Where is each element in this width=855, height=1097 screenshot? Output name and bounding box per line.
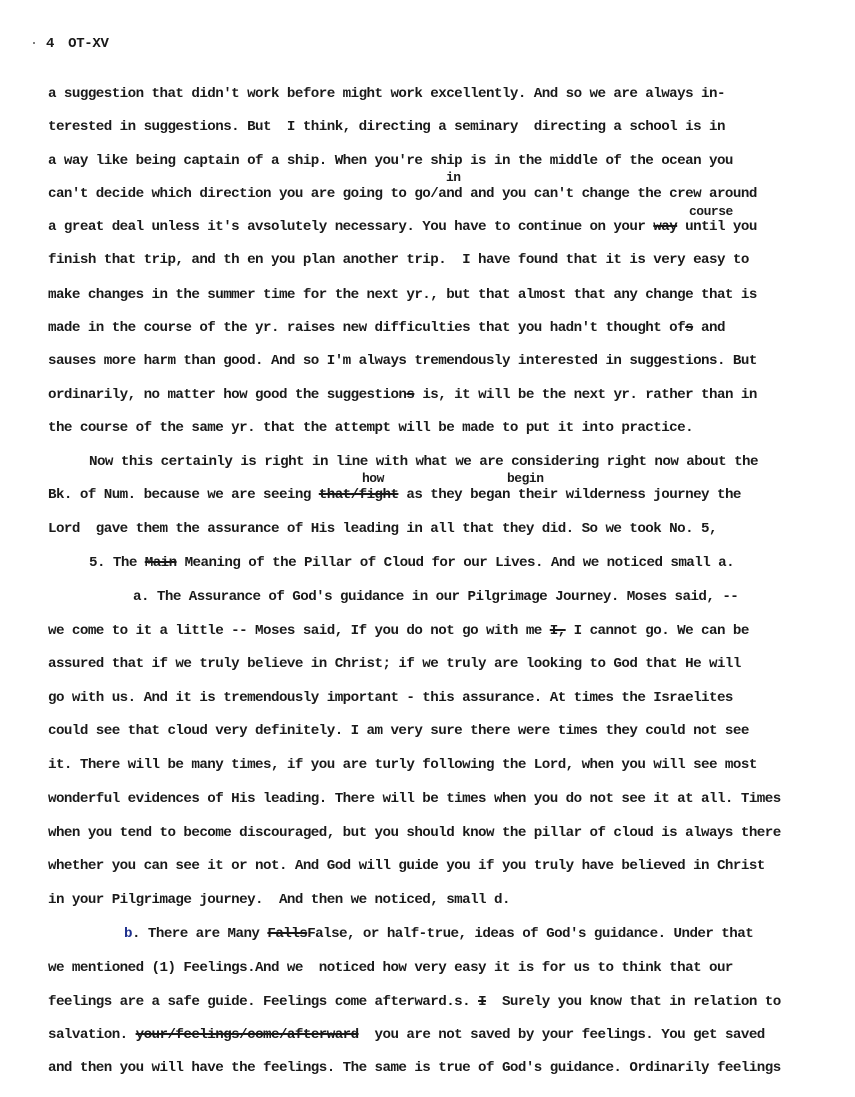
struck-char: s (685, 320, 693, 336)
text-line: it. There will be many times, if you are… (48, 757, 757, 773)
text-line: ordinarily, no matter how good the sugge… (48, 387, 757, 403)
text-line: the course of the same yr. that the atte… (48, 420, 693, 436)
text-line: a great deal unless it's avsolutely nece… (48, 219, 757, 235)
struck-word: I, (550, 623, 566, 639)
text-line: finish that trip, and th en you plan ano… (48, 252, 749, 268)
text-line: Now this certainly is right in line with… (89, 454, 758, 470)
text-line: we come to it a little -- Moses said, If… (48, 623, 749, 639)
text-line: whether you can see it or not. And God w… (48, 858, 765, 874)
text-line: can't decide which direction you are goi… (48, 186, 757, 202)
text-line: Bk. of Num. because we are seeing that/f… (48, 487, 741, 503)
text-line: in your Pilgrimage journey. And then we … (48, 892, 510, 908)
subsection-heading: a. The Assurance of God's guidance in ou… (133, 589, 738, 605)
text-line: Lord gave them the assurance of His lead… (48, 521, 717, 537)
page-number: 4 (46, 36, 54, 52)
text-line: we mentioned (1) Feelings.And we noticed… (48, 960, 733, 976)
handwritten-correction: b (124, 926, 132, 942)
text-line: assured that if we truly believe in Chri… (48, 656, 741, 672)
text-line: sauses more harm than good. And so I'm a… (48, 353, 757, 369)
text-line: a suggestion that didn't work before mig… (48, 86, 725, 102)
text-line: could see that cloud very definitely. I … (48, 723, 749, 739)
struck-char: I (478, 994, 486, 1010)
text-line: feelings are a safe guide. Feelings come… (48, 994, 781, 1010)
section-heading: 5. The Main Meaning of the Pillar of Clo… (89, 555, 734, 571)
text-line: made in the course of the yr. raises new… (48, 320, 725, 336)
typewritten-page: 4OT-XV a suggestion that didn't work bef… (0, 0, 855, 1097)
text-line: terested in suggestions. But I think, di… (48, 119, 725, 135)
text-line: wonderful evidences of His leading. Ther… (48, 791, 781, 807)
stray-mark (33, 42, 35, 44)
text-line: a way like being captain of a ship. When… (48, 153, 733, 169)
text-line: when you tend to become discouraged, but… (48, 825, 781, 841)
insertion-how: how (362, 471, 384, 486)
subsection-heading: b. There are Many FallsFalse, or half-tr… (124, 926, 753, 942)
text-line: go with us. And it is tremendously impor… (48, 690, 733, 706)
page-header: 4OT-XV (46, 36, 109, 52)
struck-phrase: your/feelings/come/afterward (136, 1027, 359, 1043)
insertion-begin: begin (507, 471, 544, 486)
struck-word: way (653, 219, 677, 235)
text-line: make changes in the summer time for the … (48, 287, 757, 303)
text-line: and then you will have the feelings. The… (48, 1060, 781, 1076)
insertion-in: in (446, 170, 461, 185)
document-code: OT-XV (68, 36, 109, 52)
struck-word: Falls (267, 926, 307, 942)
insertion-course: course (689, 204, 733, 219)
struck-word: Main (145, 555, 177, 571)
text-line: salvation. your/feelings/come/afterward … (48, 1027, 765, 1043)
struck-word: that/fight (319, 487, 399, 503)
